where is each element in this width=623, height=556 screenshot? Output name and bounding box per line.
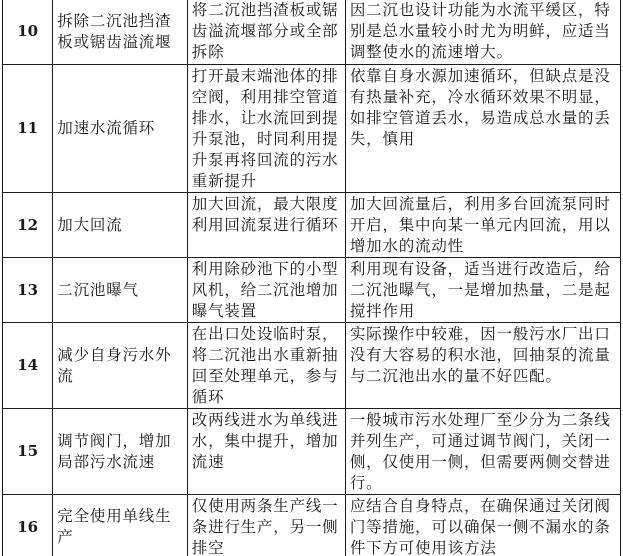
measure-name: 拆除二沉池挡渣板或锯齿溢流堰: [53, 0, 187, 65]
measure-name: 加速水流循环: [53, 65, 187, 193]
measure-method: 利用除砂池下的小型风机，给二沉池增加曝气装置: [187, 258, 345, 323]
measure-method: 仅使用两条生产线一条进行生产，另一侧排空: [187, 495, 345, 556]
table-row: 15调节阀门，增加局部污水流速改两线进水为单线进水，集中提升，增加流速一般城市污…: [3, 409, 621, 495]
measure-method: 加大回流，最大限度利用回流泵进行循环: [187, 193, 345, 258]
measure-method: 改两线进水为单线进水，集中提升，增加流速: [187, 409, 345, 495]
measure-method: 打开最末端池体的排空阀，利用排空管道排水，让水流回到提升泵池，时同利用提升泵再将…: [187, 65, 345, 193]
measure-note: 一般城市污水处理厂至少分为二条线并列生产，可通过调节阀门，关闭一侧，仅使用一侧，…: [345, 409, 620, 495]
measure-note: 实际操作中较难，因一般污水厂出口没有大容易的积水池，回抽泵的流量与二沉池出水的量…: [345, 323, 620, 409]
table-row: 12加大回流加大回流，最大限度利用回流泵进行循环加大回流量后，利用多台回流泵同时…: [3, 193, 621, 258]
row-number: 10: [3, 0, 53, 65]
row-number: 15: [3, 409, 53, 495]
row-number: 14: [3, 323, 53, 409]
measure-name: 减少自身污水外流: [53, 323, 187, 409]
measures-table: 10拆除二沉池挡渣板或锯齿溢流堰将二沉池挡渣板或锯齿溢流堰部分或全部拆除因二沉也…: [2, 0, 621, 556]
measure-name: 二沉池曝气: [53, 258, 187, 323]
measure-name: 完全使用单线生产: [53, 495, 187, 556]
row-number: 16: [3, 495, 53, 556]
row-number: 12: [3, 193, 53, 258]
table-row: 11加速水流循环打开最末端池体的排空阀，利用排空管道排水，让水流回到提升泵池，时…: [3, 65, 621, 193]
table-row: 16完全使用单线生产仅使用两条生产线一条进行生产，另一侧排空应结合自身特点，在确…: [3, 495, 621, 556]
measure-note: 因二沉也设计功能为水流平缓区，特别是总水量较小时尤为明鲜，应适当调整使水的流速增…: [345, 0, 620, 65]
measure-note: 加大回流量后，利用多台回流泵同时开启，集中向某一单元内回流，用以增加水的流动性: [345, 193, 620, 258]
measure-note: 应结合自身特点，在确保通过关闭阀门等措施，可以确保一侧不漏水的条件下方可使用该方…: [345, 495, 620, 556]
measure-method: 在出口处设临时泵，将二沉池出水重新抽回至处理单元，参与循环: [187, 323, 345, 409]
measure-method: 将二沉池挡渣板或锯齿溢流堰部分或全部拆除: [187, 0, 345, 65]
table-row: 10拆除二沉池挡渣板或锯齿溢流堰将二沉池挡渣板或锯齿溢流堰部分或全部拆除因二沉也…: [3, 0, 621, 65]
measure-name: 调节阀门，增加局部污水流速: [53, 409, 187, 495]
table-row: 13二沉池曝气利用除砂池下的小型风机，给二沉池增加曝气装置利用现有设备，适当进行…: [3, 258, 621, 323]
measure-note: 利用现有设备，适当进行改造后，给二沉池曝气，一是增加热量，二是起搅拌作用: [345, 258, 620, 323]
measure-note: 依靠自身水源加速循环，但缺点是没有热量补充，冷水循环效果不明显，如排空管道丢水，…: [345, 65, 620, 193]
table-row: 14减少自身污水外流在出口处设临时泵，将二沉池出水重新抽回至处理单元，参与循环实…: [3, 323, 621, 409]
row-number: 11: [3, 65, 53, 193]
measure-name: 加大回流: [53, 193, 187, 258]
row-number: 13: [3, 258, 53, 323]
table-body: 10拆除二沉池挡渣板或锯齿溢流堰将二沉池挡渣板或锯齿溢流堰部分或全部拆除因二沉也…: [3, 0, 621, 556]
